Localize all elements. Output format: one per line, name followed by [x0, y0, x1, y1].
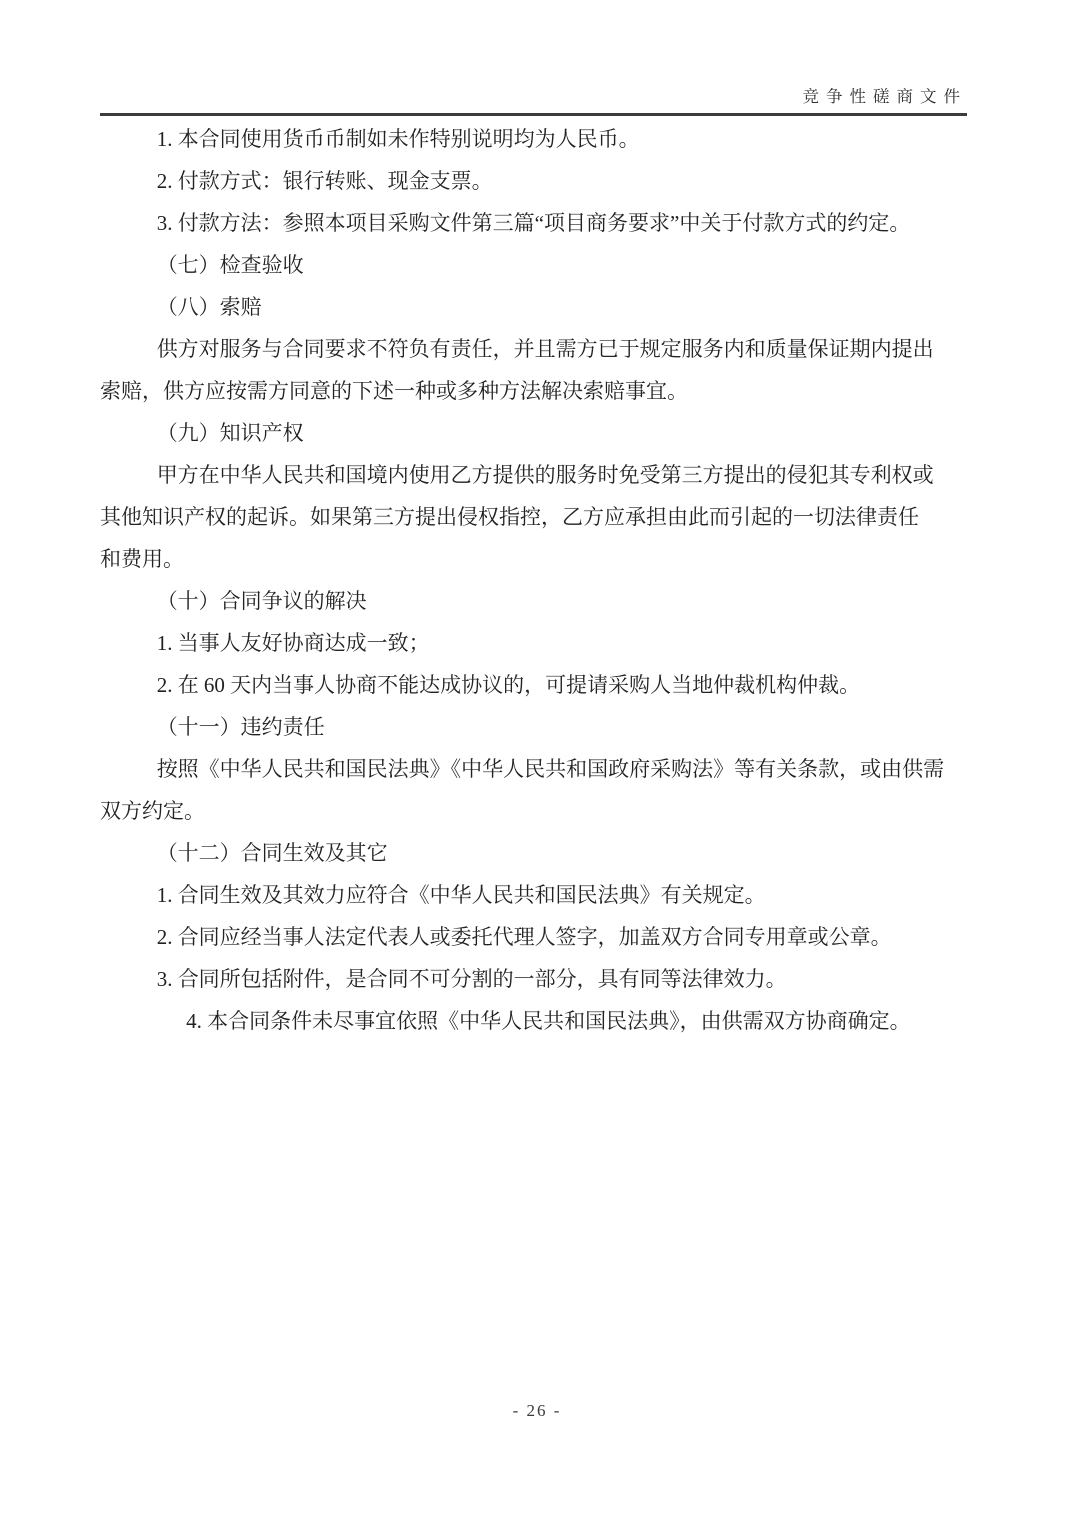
page-number: - 26 -: [513, 1401, 562, 1420]
document-body: 1. 本合同使用货币币制如未作特别说明均为人民币。 2. 付款方式：银行转账、现…: [100, 116, 967, 1042]
section-heading: （九）知识产权: [100, 412, 967, 454]
section-heading: （十一）违约责任: [100, 706, 967, 748]
page-footer: - 26 -: [0, 1401, 1074, 1421]
section-heading: （十二）合同生效及其它: [100, 832, 967, 874]
numbered-clause: 1. 合同生效及其效力应符合《中华人民共和国民法典》有关规定。: [100, 874, 967, 916]
numbered-clause: 2. 合同应经当事人法定代表人或委托代理人签字，加盖双方合同专用章或公章。: [100, 916, 967, 958]
numbered-clause: 2. 在 60 天内当事人协商不能达成协议的，可提请采购人当地仲裁机构仲裁。: [100, 664, 967, 706]
section-heading: （十）合同争议的解决: [100, 580, 967, 622]
body-paragraph: 供方对服务与合同要求不符负有责任，并且需方已于规定服务内和质量保证期内提出 索赔…: [100, 328, 967, 412]
document-page: 竞争性磋商文件 1. 本合同使用货币币制如未作特别说明均为人民币。 2. 付款方…: [100, 0, 967, 1042]
body-paragraph: 按照《中华人民共和国民法典》《中华人民共和国政府采购法》等有关条款，或由供需 双…: [100, 748, 967, 832]
numbered-clause: 3. 合同所包括附件，是合同不可分割的一部分，具有同等法律效力。: [100, 958, 967, 1000]
page-header: 竞争性磋商文件: [100, 0, 967, 116]
numbered-clause: 1. 当事人友好协商达成一致；: [100, 622, 967, 664]
section-heading: （八）索赔: [100, 286, 967, 328]
numbered-clause: 2. 付款方式：银行转账、现金支票。: [100, 160, 967, 202]
numbered-clause: 4. 本合同条件未尽事宜依照《中华人民共和国民法典》，由供需双方协商确定。: [100, 1000, 967, 1042]
numbered-clause: 3. 付款方法：参照本项目采购文件第三篇“项目商务要求”中关于付款方式的约定。: [100, 202, 967, 244]
body-paragraph: 甲方在中华人民共和国境内使用乙方提供的服务时免受第三方提出的侵犯其专利权或 其他…: [100, 454, 967, 580]
header-title: 竞争性磋商文件: [100, 86, 967, 108]
numbered-clause: 1. 本合同使用货币币制如未作特别说明均为人民币。: [100, 118, 967, 160]
section-heading: （七）检查验收: [100, 244, 967, 286]
